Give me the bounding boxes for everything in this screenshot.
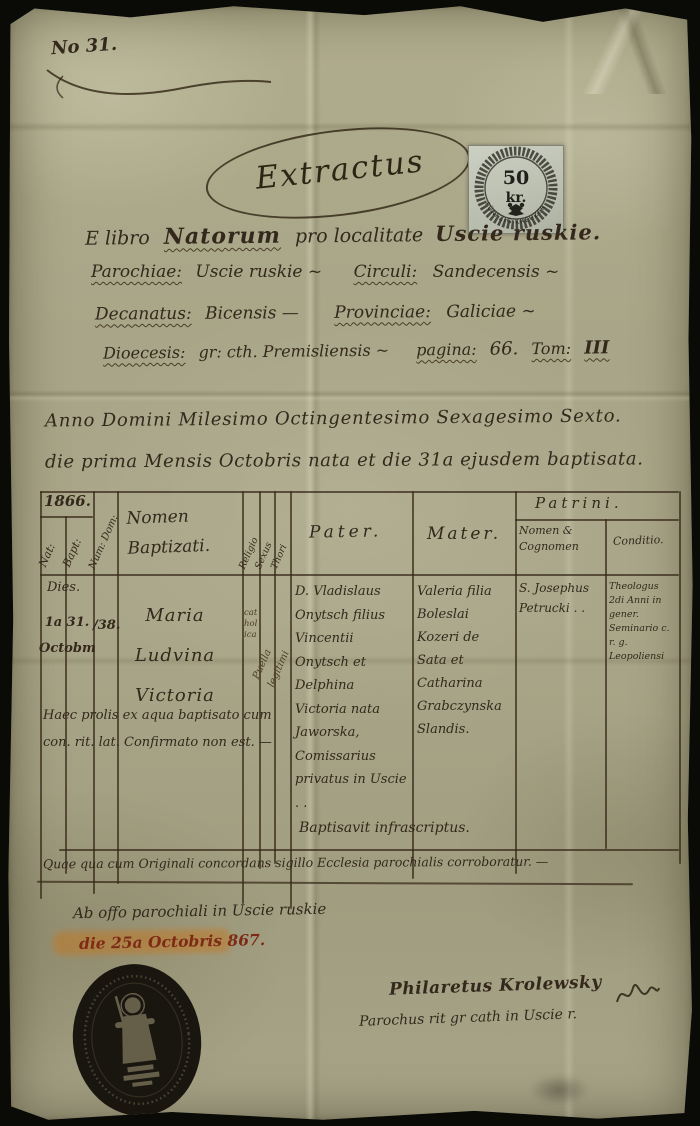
circuli-value: Sandecensis ~	[433, 262, 560, 282]
parochiae-label: Parochiae:	[91, 262, 182, 282]
provinciae-label: Provinciae:	[334, 302, 431, 323]
table-col-line	[290, 491, 292, 909]
table-col-line	[117, 491, 119, 884]
dioecesis-label: Dioecesis:	[103, 343, 186, 363]
crease-horizontal-middle	[7, 390, 694, 402]
cell-religio: catholica	[244, 608, 259, 641]
cell-baptisavit: Baptisavit infrascriptus.	[299, 820, 470, 836]
register-line-decanatus: Decanatus: Bicensis — Provinciae: Galici…	[95, 301, 536, 324]
doc-number-flourish	[33, 54, 283, 109]
table-row-line-header-bottom	[40, 574, 679, 576]
header-bapt: Bapt:	[60, 536, 84, 569]
double-eagle-icon	[508, 203, 524, 216]
pagina-label: pagina:	[416, 340, 477, 360]
decanatus-label: Decanatus:	[95, 304, 192, 325]
signature-name: Philaretus Krolewsky	[389, 972, 602, 999]
header-patrini: Patrini.	[535, 494, 623, 512]
signature-paraph	[613, 978, 661, 1012]
intro-pre: E libro	[85, 227, 150, 250]
provinciae-value: Galiciae ~	[446, 301, 536, 322]
pagina-value: 66.	[490, 338, 519, 359]
office-line: Ab offo parochiali in Uscie ruskie	[73, 900, 327, 922]
tomus-label: Tom:	[531, 339, 571, 358]
circuli-label: Circuli:	[354, 262, 418, 282]
table-row-line-bottom	[59, 849, 679, 851]
issue-date-line: die 25a Octobris 867.	[79, 930, 266, 953]
decanatus-value: Bicensis —	[205, 303, 299, 324]
header-nomen-baptizati: Nomen Baptizati.	[126, 500, 228, 563]
table-col-line	[515, 491, 517, 874]
register-line-parochiae: Parochiae: Uscie ruskie ~ Circuli: Sande…	[91, 262, 559, 282]
cell-nomen-baptizati: Maria Ludvina Victoria	[125, 596, 225, 716]
header-mater: Mater.	[427, 524, 501, 544]
stamp-denomination: 50	[503, 167, 529, 189]
header-patrini-nomen: Nomen & Cognomen	[519, 523, 587, 555]
table-row-line-top	[40, 491, 679, 493]
cell-dies: Dies.	[47, 580, 80, 595]
table-row-line-year	[40, 516, 93, 518]
table-col-line	[679, 491, 681, 864]
bottom-smudge-stain	[529, 1074, 589, 1106]
header-year: 1866.	[44, 492, 91, 510]
corner-wrinkle	[547, 4, 697, 94]
header-num-dom: Num: Dom:	[87, 513, 121, 571]
preamble-line-2: die prima Mensis Octobris nata et die 31…	[45, 448, 644, 472]
cell-mater: Valeria filia Boleslai Kozeri de Sata et…	[417, 580, 511, 741]
crease-vertical-right	[563, 4, 575, 1122]
preamble-line-1: Anno Domini Milesimo Octingentesimo Sexa…	[45, 405, 622, 431]
ruled-line-under-corroboration	[37, 881, 633, 886]
parochiae-value: Uscie ruskie ~	[195, 262, 322, 282]
register-intro-line: E libro Natorum pro localitate Uscie rus…	[85, 219, 601, 250]
table-row-line-patrini	[515, 519, 679, 521]
cell-baptism-note: Haec prolis ex aqua baptisato cum con. r…	[43, 702, 283, 756]
register-line-dioecesis: Dioecesis: gr: cth. Premisliensis ~ pagi…	[103, 337, 610, 363]
parish-seal	[59, 960, 215, 1120]
tomus-value: III	[584, 337, 609, 358]
dioecesis-value: gr: cth. Premisliensis ~	[198, 341, 389, 362]
corroboration-line: Quae qua cum Originali concordans sigill…	[43, 854, 548, 872]
intro-book-title: Natorum	[164, 223, 281, 250]
intro-place: Uscie ruskie.	[435, 219, 601, 246]
table-col-line	[65, 516, 67, 874]
table-col-line	[605, 519, 607, 849]
cell-patrini-conditio: Theologus 2di Anni in gener. Seminario c…	[609, 580, 675, 664]
header-pater: Pater.	[309, 521, 383, 542]
intro-mid: pro localitate	[295, 224, 423, 247]
scanned-document: No 31. Extractus 50 kr. FÜNFZI	[0, 0, 700, 1126]
cell-dates: 1a 31. Octobm	[39, 610, 95, 662]
parchment-paper: No 31. Extractus 50 kr. FÜNFZI	[7, 4, 694, 1122]
cell-patrini-nomen: S. Josephus Petrucki . .	[519, 578, 603, 618]
cell-house-number: /38.	[93, 618, 120, 633]
header-patrini-conditio: Conditio.	[613, 533, 664, 548]
signature-title: Parochus rit gr cath in Uscie r.	[359, 1006, 577, 1030]
cell-pater: D. Vladislaus Onytsch filius Vincentii O…	[295, 580, 408, 815]
